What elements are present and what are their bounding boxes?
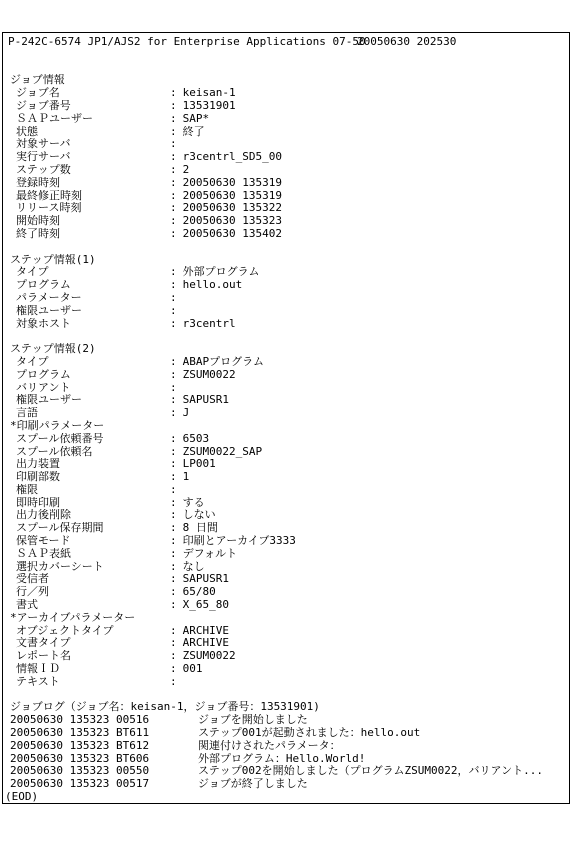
field-colon: : [170, 228, 177, 241]
field-label: 開始時刻 [16, 215, 170, 228]
param-subheader: *アーカイブパラメーター [10, 612, 569, 625]
field-label: タイプ [16, 356, 170, 369]
field-row: 実行サーバ:r3centrl_SD5_00 [16, 151, 569, 164]
field-value: 8 日間 [183, 522, 218, 535]
field-label: 対象ホスト [16, 318, 170, 331]
field-colon: : [170, 369, 177, 382]
joblog-row: 20050630 135323 BT606外部プログラム：Hello.World… [10, 753, 569, 766]
joblog-message: 外部プログラム：Hello.World! [198, 753, 365, 766]
blank-line [3, 49, 569, 62]
field-label: 情報ＩＤ [16, 663, 170, 676]
joblog-timestamp: 20050630 135323 BT612 [10, 740, 198, 753]
field-colon: : [170, 471, 177, 484]
field-label: 出力後削除 [16, 509, 170, 522]
field-label: レポート名 [16, 650, 170, 663]
section-title: ステップ情報(2) [10, 343, 569, 356]
field-colon: : [170, 394, 177, 407]
field-row: 印刷部数:1 [16, 471, 569, 484]
field-row: 対象ホスト:r3centrl [16, 318, 569, 331]
field-value: LP001 [183, 458, 216, 471]
field-label: 言語 [16, 407, 170, 420]
field-value: 20050630 135322 [183, 202, 282, 215]
field-label: 権限 [16, 484, 170, 497]
field-colon: : [170, 663, 177, 676]
report-page: P-242C-6574 JP1/AJS2 for Enterprise Appl… [0, 0, 575, 842]
field-colon: : [170, 266, 177, 279]
field-row: 選択カバーシート:なし [16, 561, 569, 574]
field-value: デフォルト [183, 548, 237, 561]
field-label: ＳＡＰ表紙 [16, 548, 170, 561]
field-value: しない [183, 509, 216, 522]
field-label: オブジェクトタイプ [16, 625, 170, 638]
field-row: ジョブ名:keisan-1 [16, 87, 569, 100]
field-value: X_65_80 [183, 599, 229, 612]
field-row: リリース時刻:20050630 135322 [16, 202, 569, 215]
field-value: 13531901 [183, 100, 236, 113]
joblog-title: ジョブログ（ジョブ名：keisan-1，ジョブ番号：13531901) [10, 701, 569, 714]
field-colon: : [170, 548, 177, 561]
field-row: 権限: [16, 484, 569, 497]
field-colon: : [170, 637, 177, 650]
field-label: 文書タイプ [16, 637, 170, 650]
field-row: 即時印刷:する [16, 497, 569, 510]
report-product-title: P-242C-6574 JP1/AJS2 for Enterprise Appl… [8, 36, 357, 49]
field-value: する [183, 497, 205, 510]
joblog-message: ジョブを開始しました [198, 714, 308, 727]
field-row: バリアント: [16, 382, 569, 395]
field-row: 権限ユーザー:SAPUSR1 [16, 394, 569, 407]
field-value: 6503 [183, 433, 210, 446]
field-value: 終了 [183, 126, 205, 139]
field-row: パラメーター: [16, 292, 569, 305]
field-colon: : [170, 676, 177, 689]
field-value: SAP* [183, 113, 210, 126]
field-value: J [183, 407, 190, 420]
field-row: 文書タイプ:ARCHIVE [16, 637, 569, 650]
field-colon: : [170, 202, 177, 215]
field-row: スプール依頼番号:6503 [16, 433, 569, 446]
field-row: 出力装置:LP001 [16, 458, 569, 471]
field-colon: : [170, 318, 177, 331]
field-value: 外部プログラム [183, 266, 260, 279]
joblog-row: 20050630 135323 BT611ステップ001が起動されました：hel… [10, 727, 569, 740]
field-colon: : [170, 484, 177, 497]
field-label: 受信者 [16, 573, 170, 586]
field-colon: : [170, 100, 177, 113]
field-value: hello.out [183, 279, 243, 292]
field-label: パラメーター [16, 292, 170, 305]
field-value: ABAPプログラム [183, 356, 264, 369]
field-label: プログラム [16, 369, 170, 382]
field-row: ジョブ番号:13531901 [16, 100, 569, 113]
joblog-row: 20050630 135323 00550ステップ002を開始しました（プログラ… [10, 765, 569, 778]
field-label: 保管モード [16, 535, 170, 548]
field-colon: : [170, 382, 177, 395]
field-row: ステップ数:2 [16, 164, 569, 177]
field-value: 20050630 135323 [183, 215, 282, 228]
field-value: ARCHIVE [183, 637, 229, 650]
field-colon: : [170, 292, 177, 305]
blank-line [3, 689, 569, 702]
field-colon: : [170, 458, 177, 471]
field-label: 最終修正時刻 [16, 190, 170, 203]
joblog-timestamp: 20050630 135323 00517 [10, 778, 198, 791]
joblog-row: 20050630 135323 00517ジョブが終了しました [10, 778, 569, 791]
field-colon: : [170, 126, 177, 139]
field-colon: : [170, 599, 177, 612]
blank-line [3, 241, 569, 254]
field-value: 印刷とアーカイブ3333 [183, 535, 296, 548]
field-value: ZSUM0022 [183, 650, 236, 663]
field-label: ＳＡＰユーザー [16, 113, 170, 126]
joblog-message: ステップ002を開始しました（プログラムZSUM0022，バリアント... [198, 765, 543, 778]
field-label: 印刷部数 [16, 471, 170, 484]
joblog-row: 20050630 135323 00516ジョブを開始しました [10, 714, 569, 727]
field-row: 権限ユーザー: [16, 305, 569, 318]
field-colon: : [170, 561, 177, 574]
field-value: 20050630 135319 [183, 177, 282, 190]
field-colon: : [170, 433, 177, 446]
field-value: なし [183, 561, 205, 574]
field-label: ステップ数 [16, 164, 170, 177]
field-value: 20050630 135402 [183, 228, 282, 241]
field-value: ZSUM0022 [183, 369, 236, 382]
field-row: ＳＡＰユーザー:SAP* [16, 113, 569, 126]
field-row: 書式:X_65_80 [16, 599, 569, 612]
field-label: 対象サーバ [16, 138, 170, 151]
field-row: タイプ:外部プログラム [16, 266, 569, 279]
field-row: 出力後削除:しない [16, 509, 569, 522]
field-value: 001 [183, 663, 203, 676]
field-colon: : [170, 164, 177, 177]
field-label: 状態 [16, 126, 170, 139]
field-label: 即時印刷 [16, 497, 170, 510]
field-colon: : [170, 535, 177, 548]
field-row: 最終修正時刻:20050630 135319 [16, 190, 569, 203]
field-value: 20050630 135319 [183, 190, 282, 203]
param-subheader: *印刷パラメーター [10, 420, 569, 433]
field-row: 登録時刻:20050630 135319 [16, 177, 569, 190]
field-row: ＳＡＰ表紙:デフォルト [16, 548, 569, 561]
field-colon: : [170, 650, 177, 663]
field-colon: : [170, 573, 177, 586]
field-row: レポート名:ZSUM0022 [16, 650, 569, 663]
field-label: 書式 [16, 599, 170, 612]
field-colon: : [170, 356, 177, 369]
joblog-timestamp: 20050630 135323 BT606 [10, 753, 198, 766]
field-colon: : [170, 446, 177, 459]
field-label: ジョブ番号 [16, 100, 170, 113]
field-row: 状態:終了 [16, 126, 569, 139]
field-row: テキスト: [16, 676, 569, 689]
field-row: 終了時刻:20050630 135402 [16, 228, 569, 241]
field-value: SAPUSR1 [183, 573, 229, 586]
field-label: 選択カバーシート [16, 561, 170, 574]
field-label: 行／列 [16, 586, 170, 599]
joblog-timestamp: 20050630 135323 BT611 [10, 727, 198, 740]
field-row: プログラム:ZSUM0022 [16, 369, 569, 382]
joblog-timestamp: 20050630 135323 00550 [10, 765, 198, 778]
joblog-message: 関連付けされたパラメータ： [198, 740, 341, 753]
field-row: タイプ:ABAPプログラム [16, 356, 569, 369]
joblog-message: ジョブが終了しました [198, 778, 308, 791]
field-value: ARCHIVE [183, 625, 229, 638]
field-colon: : [170, 113, 177, 126]
field-row: 保管モード:印刷とアーカイブ3333 [16, 535, 569, 548]
field-label: 登録時刻 [16, 177, 170, 190]
field-row: スプール依頼名:ZSUM0022_SAP [16, 446, 569, 459]
section-title: ジョブ情報 [10, 74, 569, 87]
field-label: プログラム [16, 279, 170, 292]
field-label: ジョブ名 [16, 87, 170, 100]
field-label: リリース時刻 [16, 202, 170, 215]
field-label: 実行サーバ [16, 151, 170, 164]
field-label: テキスト [16, 676, 170, 689]
field-colon: : [170, 190, 177, 203]
field-colon: : [170, 522, 177, 535]
field-colon: : [170, 625, 177, 638]
field-row: 受信者:SAPUSR1 [16, 573, 569, 586]
field-label: スプール保存期間 [16, 522, 170, 535]
field-colon: : [170, 586, 177, 599]
field-row: 言語:J [16, 407, 569, 420]
eod-marker: (EOD) [5, 791, 569, 804]
field-value: 2 [183, 164, 190, 177]
field-label: 権限ユーザー [16, 305, 170, 318]
blank-line [3, 330, 569, 343]
field-value: r3centrl_SD5_00 [183, 151, 282, 164]
field-label: 権限ユーザー [16, 394, 170, 407]
field-row: プログラム:hello.out [16, 279, 569, 292]
field-value: keisan-1 [183, 87, 236, 100]
field-colon: : [170, 87, 177, 100]
field-row: スプール保存期間:8 日間 [16, 522, 569, 535]
field-colon: : [170, 177, 177, 190]
field-label: タイプ [16, 266, 170, 279]
field-colon: : [170, 305, 177, 318]
joblog-entries: 20050630 135323 00516ジョブを開始しました20050630 … [3, 714, 569, 791]
field-colon: : [170, 279, 177, 292]
field-row: 行／列:65/80 [16, 586, 569, 599]
report-header-line: P-242C-6574 JP1/AJS2 for Enterprise Appl… [3, 36, 569, 49]
section-title: ステップ情報(1) [10, 254, 569, 267]
field-colon: : [170, 407, 177, 420]
joblog-row: 20050630 135323 BT612関連付けされたパラメータ： [10, 740, 569, 753]
field-row: 開始時刻:20050630 135323 [16, 215, 569, 228]
joblog-message: ステップ001が起動されました：hello.out [198, 727, 420, 740]
field-label: スプール依頼番号 [16, 433, 170, 446]
field-value: 65/80 [183, 586, 216, 599]
field-colon: : [170, 138, 177, 151]
field-label: 終了時刻 [16, 228, 170, 241]
field-colon: : [170, 151, 177, 164]
report-datetime: 20050630 202530 [357, 36, 456, 49]
field-colon: : [170, 509, 177, 522]
joblog-timestamp: 20050630 135323 00516 [10, 714, 198, 727]
field-colon: : [170, 215, 177, 228]
field-row: 対象サーバ: [16, 138, 569, 151]
field-value: 1 [183, 471, 190, 484]
report-frame: P-242C-6574 JP1/AJS2 for Enterprise Appl… [2, 32, 570, 804]
blank-line [3, 62, 569, 75]
field-label: スプール依頼名 [16, 446, 170, 459]
field-value: ZSUM0022_SAP [183, 446, 262, 459]
field-row: オブジェクトタイプ:ARCHIVE [16, 625, 569, 638]
report-sections: ジョブ情報ジョブ名:keisan-1ジョブ番号:13531901ＳＡＰユーザー:… [3, 74, 569, 688]
field-colon: : [170, 497, 177, 510]
field-value: SAPUSR1 [183, 394, 229, 407]
field-value: r3centrl [183, 318, 236, 331]
field-label: 出力装置 [16, 458, 170, 471]
field-row: 情報ＩＤ:001 [16, 663, 569, 676]
field-label: バリアント [16, 382, 170, 395]
